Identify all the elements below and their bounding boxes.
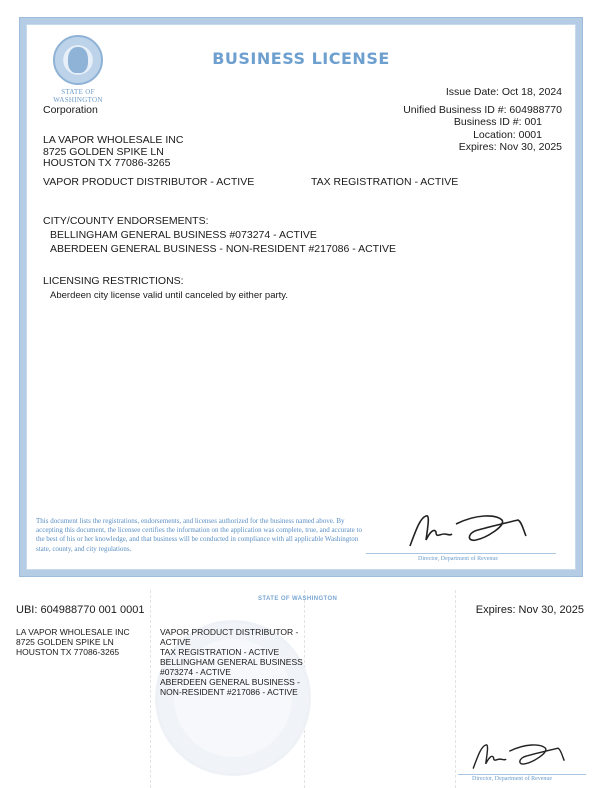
stub-ubi: UBI: 604988770 001 0001 xyxy=(16,604,144,616)
stub-expiration-date: Expires: Nov 30, 2025 xyxy=(476,604,584,616)
perforation-line xyxy=(150,590,151,788)
restrictions-heading: LICENSING RESTRICTIONS: xyxy=(43,275,184,288)
license-vapor-distributor: VAPOR PRODUCT DISTRIBUTOR - ACTIVE xyxy=(43,176,254,189)
seal-caption: STATE OF WASHINGTON xyxy=(42,88,114,104)
legal-disclaimer: This document lists the registrations, e… xyxy=(36,517,370,554)
page-title: BUSINESS LICENSE xyxy=(26,49,576,68)
license-tax-registration: TAX REGISTRATION - ACTIVE xyxy=(311,176,458,189)
expiration-date: Expires: Nov 30, 2025 xyxy=(403,141,562,154)
business-license-certificate: STATE OF WASHINGTON BUSINESS LICENSE Cor… xyxy=(19,17,583,577)
endorsement-item: ABERDEEN GENERAL BUSINESS - NON-RESIDENT… xyxy=(50,243,396,256)
stub-director-signature-icon xyxy=(470,738,580,774)
stub-address: LA VAPOR WHOLESALE INC 8725 GOLDEN SPIKE… xyxy=(16,627,130,657)
perforation-line xyxy=(455,590,456,788)
issue-date: Issue Date: Oct 18, 2024 xyxy=(403,86,562,99)
unified-business-id: Unified Business ID #: 604988770 xyxy=(403,104,562,117)
endorsement-item: BELLINGHAM GENERAL BUSINESS #073274 - AC… xyxy=(50,229,317,242)
director-signature-icon xyxy=(406,510,546,550)
stub-signature-line xyxy=(458,774,586,775)
license-ids: Issue Date: Oct 18, 2024 Unified Busines… xyxy=(403,86,562,154)
signature-caption: Director, Department of Revenue xyxy=(418,556,498,562)
state-label: STATE OF WASHINGTON xyxy=(258,596,337,602)
stub-signature-caption: Director, Department of Revenue xyxy=(472,776,552,782)
stub-licenses: VAPOR PRODUCT DISTRIBUTOR - ACTIVE TAX R… xyxy=(160,627,303,697)
entity-type: Corporation xyxy=(43,104,98,117)
business-address: LA VAPOR WHOLESALE INC 8725 GOLDEN SPIKE… xyxy=(43,135,183,170)
endorsements-heading: CITY/COUNTY ENDORSEMENTS: xyxy=(43,215,209,228)
location-id: Location: 0001 xyxy=(403,129,542,142)
business-id: Business ID #: 001 xyxy=(403,116,542,129)
signature-line xyxy=(366,553,556,554)
restriction-item: Aberdeen city license valid until cancel… xyxy=(50,290,288,301)
